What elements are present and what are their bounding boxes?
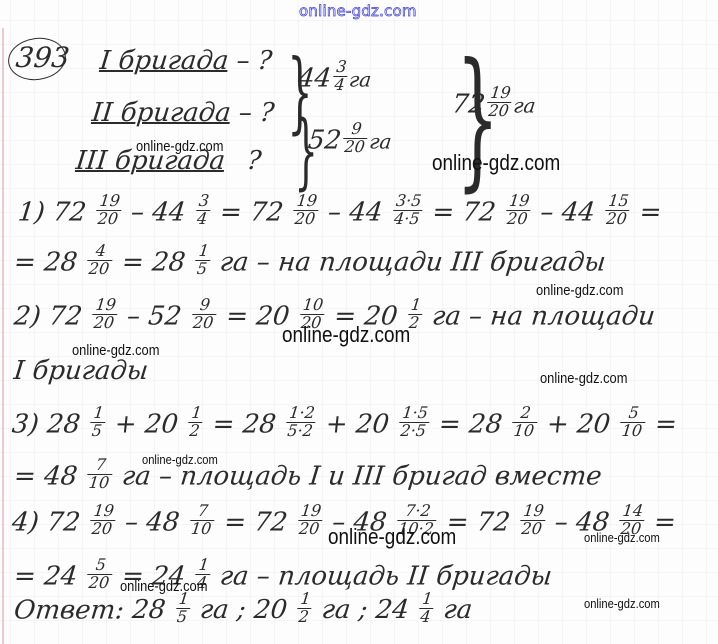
- fraction: 15: [174, 591, 192, 626]
- given-label-2: II бригада: [90, 98, 232, 128]
- fraction: 1920: [292, 193, 320, 228]
- fraction: 1920: [519, 503, 547, 538]
- expr-text: = 28: [203, 409, 286, 439]
- step-1-line-1: 1) 72 1920 – 44 34 = 72 1920 – 44 3·54·5…: [16, 196, 663, 231]
- expr-text: = 72: [423, 197, 506, 227]
- fraction: 1920: [89, 503, 117, 538]
- answer-label: Ответ:: [13, 595, 126, 625]
- watermark: online-gdz.com: [120, 578, 207, 595]
- expr-text: га: [190, 595, 238, 625]
- expr-text: I бригады: [12, 356, 149, 386]
- expr-text: га – площадь II бригады: [210, 561, 553, 591]
- given-value-1: – ?: [235, 46, 273, 76]
- expr-text: 72: [37, 507, 90, 537]
- fraction: 1920: [91, 297, 119, 332]
- fraction: 1920: [296, 503, 324, 538]
- margin-line: [2, 28, 4, 644]
- expr-text: 72: [39, 301, 92, 331]
- fraction: 1·25·2: [285, 405, 318, 440]
- expr-text: 28: [37, 409, 90, 439]
- given-label-1: I бригада: [98, 46, 230, 76]
- expr-text: – 48: [115, 507, 189, 537]
- watermark: online-gdz.com: [282, 322, 410, 348]
- fraction: 12: [187, 405, 205, 440]
- fraction: 920: [190, 297, 218, 332]
- watermark: online-gdz.com: [136, 138, 223, 155]
- step-4-line-2: = 24 520 = 24 14 га – площадь II бригады: [12, 560, 553, 595]
- given-value-3: ?: [246, 146, 263, 176]
- expr-text: = 28: [13, 247, 88, 277]
- watermark: online-gdz.com: [328, 524, 456, 550]
- fraction: 34: [194, 193, 212, 228]
- fraction: 510: [619, 405, 647, 440]
- whole: 44: [297, 63, 333, 93]
- given-brigade-1: I бригада – ?: [99, 48, 274, 74]
- answer-line: Ответ: 28 15 га ; 20 12 га ; 24 14 га: [12, 594, 474, 629]
- step-index: 4): [11, 507, 41, 537]
- fraction: 520: [86, 557, 114, 592]
- fraction: 1920: [504, 193, 532, 228]
- step-3-line-1: 3) 28 15 + 20 12 = 28 1·25·2 + 20 1·52·5…: [10, 408, 678, 443]
- fraction: 1920: [486, 85, 514, 120]
- unit: га: [368, 129, 393, 153]
- expr-text: =: [630, 197, 663, 227]
- expr-text: га – на площади: [422, 301, 656, 331]
- fraction: 1·52·5: [398, 405, 431, 440]
- fraction: 34: [332, 59, 350, 94]
- step-index: 1): [17, 197, 47, 227]
- fraction: 15: [194, 243, 212, 278]
- whole: 52: [307, 125, 343, 155]
- whole: 72: [451, 89, 487, 119]
- expr-text: – 44: [531, 197, 605, 227]
- expr-text: га: [312, 595, 360, 625]
- step-1-line-2: = 28 420 = 28 15 га – на площади III бри…: [12, 246, 607, 281]
- problem-number: 393: [15, 44, 71, 72]
- watermark: online-gdz.com: [536, 282, 623, 299]
- watermark: online-gdz.com: [142, 452, 218, 467]
- expr-text: =: [645, 409, 678, 439]
- watermark: online-gdz.com: [540, 370, 627, 387]
- unit: га: [348, 67, 373, 91]
- group-2-3-value: 52920га: [306, 124, 393, 159]
- step-index: 2): [13, 301, 43, 331]
- given-value-2: – ?: [237, 98, 275, 128]
- expr-text: = 48: [13, 461, 88, 491]
- given-brigade-2: II бригада – ?: [91, 100, 276, 126]
- expr-text: 20: [244, 595, 297, 625]
- unit: га: [512, 93, 537, 117]
- fraction: 210: [511, 405, 539, 440]
- step-3-line-2: = 48 710 га – площадь I и III бригад вме…: [12, 460, 603, 495]
- notebook-page: online-gdz.com 393 I бригада – ? II бриг…: [0, 0, 718, 644]
- expr-text: + 20: [316, 409, 399, 439]
- answer-values: 28 15 га ; 20 12 га ; 24 14 га: [131, 595, 474, 625]
- expr-text: – 52: [117, 301, 191, 331]
- watermark: online-gdz.com: [584, 530, 660, 545]
- expr-text: 28: [131, 595, 176, 625]
- watermark: online-gdz.com: [584, 596, 660, 611]
- fraction: 420: [86, 243, 114, 278]
- fraction: 710: [188, 503, 216, 538]
- step-index: 3): [11, 409, 41, 439]
- step-2-line-2: I бригады: [13, 358, 150, 384]
- expr-text: = 24: [13, 561, 88, 591]
- expr-text: = 72: [214, 507, 297, 537]
- total-value: 721920га: [450, 88, 537, 123]
- fraction: 14: [418, 591, 436, 626]
- expr-text: = 28: [429, 409, 512, 439]
- group-1-2-value: 4434га: [296, 62, 373, 97]
- watermark: online-gdz.com: [432, 150, 560, 176]
- expr-text: – 44: [318, 197, 392, 227]
- fraction: 3·54·5: [391, 193, 424, 228]
- expr-text: га: [434, 595, 474, 625]
- expr-text: 72: [43, 197, 96, 227]
- expr-text: – 44: [121, 197, 195, 227]
- fraction: 12: [296, 591, 314, 626]
- fraction: 1920: [95, 193, 123, 228]
- fraction: 710: [86, 457, 114, 492]
- fraction: 920: [342, 121, 370, 156]
- fraction: 15: [89, 405, 107, 440]
- fraction: 1520: [604, 193, 632, 228]
- expr-text: + 20: [105, 409, 188, 439]
- watermark: online-gdz.com: [72, 342, 159, 359]
- expr-text: 24: [366, 595, 419, 625]
- expr-text: га – на площади III бригады: [210, 247, 607, 277]
- expr-text: = 72: [210, 197, 293, 227]
- watermark-top: online-gdz.com: [299, 2, 417, 20]
- expr-text: + 20: [537, 409, 620, 439]
- expr-text: = 28: [112, 247, 195, 277]
